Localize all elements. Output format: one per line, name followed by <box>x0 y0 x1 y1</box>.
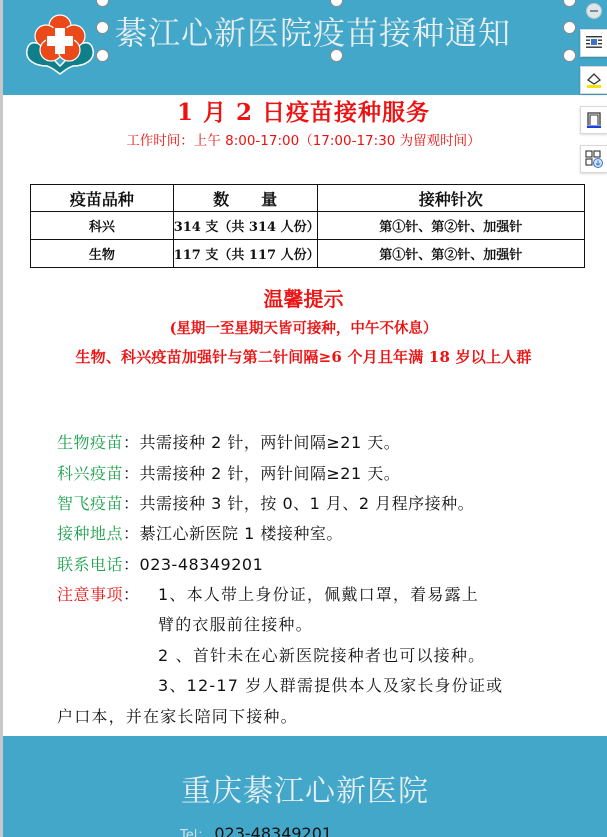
hospital-logo-icon <box>23 12 97 76</box>
resize-handle[interactable] <box>96 21 109 34</box>
info-text: ：023-48349201 <box>123 555 263 574</box>
header-banner[interactable]: 綦江心新医院疫苗接种通知 <box>3 0 607 95</box>
info-text: ：共需接种 2 针，两针间隔≥21 天。 <box>123 464 400 483</box>
header-doses: 接种针次 <box>317 185 585 212</box>
header-vaccine-type: 疫苗品种 <box>31 185 174 212</box>
notes-colon: ： <box>123 585 140 604</box>
collapse-button[interactable] <box>586 3 602 19</box>
resize-handle[interactable] <box>330 49 343 62</box>
fill-icon <box>585 71 603 89</box>
tel-number: 023-48349201 <box>214 824 332 837</box>
footer-hospital-name: 重庆綦江心新医院 <box>3 766 607 810</box>
info-label: 接种地点 <box>57 524 123 543</box>
notice-title: 綦江心新医院疫苗接种通知 <box>115 8 511 54</box>
vaccine-table: 疫苗品种 数 量 接种针次 科兴 314 支（共 314 人份） 第①针、第②针… <box>30 184 585 268</box>
info-label: 智飞疫苗 <box>57 494 123 513</box>
resize-handle[interactable] <box>563 21 576 34</box>
info-line-zhifei: 智飞疫苗：共需接种 3 针，按 0、1 月、2 月程序接种。 <box>57 491 474 514</box>
footer-banner: 重庆綦江心新医院 Tel：023-48349201 <box>3 736 607 837</box>
table-row: 科兴 314 支（共 314 人份） 第①针、第②针、加强针 <box>31 212 585 240</box>
info-line-location: 接种地点：綦江心新医院 1 楼接种室。 <box>57 521 343 544</box>
tips-schedule: (星期一至星期天皆可接种，中午不休息） <box>0 317 607 338</box>
info-label: 生物疫苗 <box>57 433 123 452</box>
tips-title: 温馨提示 <box>0 283 607 312</box>
info-line-shengwu: 生物疫苗：共需接种 2 针，两针间隔≥21 天。 <box>57 430 400 453</box>
info-line-phone: 联系电话：023-48349201 <box>57 552 263 575</box>
notes-label-line: 注意事项： <box>57 582 140 605</box>
service-title: 1 月 2 日疫苗接种服务 <box>0 94 607 127</box>
layout-options-button[interactable] <box>580 29 607 57</box>
table-header-row: 疫苗品种 数 量 接种针次 <box>31 185 585 212</box>
shape-effects-icon <box>585 150 603 168</box>
cell-doses: 第①针、第②针、加强针 <box>317 240 585 268</box>
cell-quantity: 117 支（共 117 人份） <box>173 240 317 268</box>
resize-handle[interactable] <box>96 49 109 62</box>
note-line: 2 、首针未在心新医院接种者也可以接种。 <box>158 643 485 666</box>
cell-quantity: 314 支（共 314 人份） <box>173 212 317 240</box>
fill-button[interactable] <box>580 66 607 94</box>
tel-label: Tel： <box>180 828 210 837</box>
cell-doses: 第①针、第②针、加强针 <box>317 212 585 240</box>
more-options-button[interactable] <box>580 145 607 173</box>
resize-handle[interactable] <box>563 49 576 62</box>
info-line-kexing: 科兴疫苗：共需接种 2 针，两针间隔≥21 天。 <box>57 461 400 484</box>
note-line: 3、12-17 岁人群需提供本人及家长身份证或 <box>158 673 503 696</box>
note-line: 户口本，并在家长陪同下接种。 <box>57 704 298 727</box>
note-line: 1、本人带上身份证，佩戴口罩，着易露上 <box>158 582 479 605</box>
info-text: ：共需接种 2 针，两针间隔≥21 天。 <box>123 433 400 452</box>
notes-label: 注意事项 <box>57 585 123 604</box>
tips-booster: 生物、科兴疫苗加强针与第二针间隔≥6 个月且年满 18 岁以上人群 <box>0 346 607 367</box>
table-row: 生物 117 支（共 117 人份） 第①针、第②针、加强针 <box>31 240 585 268</box>
footer-phone: Tel：023-48349201 <box>180 824 332 837</box>
work-hours: 工作时间：上午 8:00-17:00（17:00-17:30 为留观时间） <box>0 129 607 149</box>
cell-vaccine: 科兴 <box>31 212 174 240</box>
cell-vaccine: 生物 <box>31 240 174 268</box>
info-label: 联系电话 <box>57 555 123 574</box>
header-quantity: 数 量 <box>173 185 317 212</box>
info-text: ：共需接种 3 针，按 0、1 月、2 月程序接种。 <box>123 494 474 513</box>
info-label: 科兴疫苗 <box>57 464 123 483</box>
info-text: ：綦江心新医院 1 楼接种室。 <box>123 524 343 543</box>
text-wrap-icon <box>585 34 603 52</box>
note-line: 臂的衣服前往接种。 <box>158 612 313 635</box>
